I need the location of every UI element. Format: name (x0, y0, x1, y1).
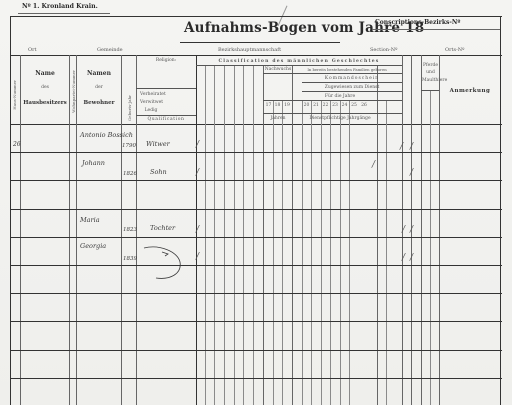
fuer-jahre-header: Für die Jahre (303, 94, 377, 99)
year-18: 18 (273, 103, 282, 108)
entry-geburts-jahr: 1790 (122, 143, 136, 149)
verheiratet-label: Verheiratet (140, 92, 162, 97)
year-22: 22 (321, 103, 330, 108)
year-25: 25 (349, 103, 359, 108)
col-line (20, 55, 21, 405)
year-26: 26 (359, 103, 369, 108)
row-divider (10, 321, 502, 322)
anmerkung-header: Anmerkung (440, 88, 500, 94)
table-header-bottom (10, 124, 502, 125)
check-mark: / (410, 168, 413, 178)
entry-haus-nr: 26 (13, 141, 21, 148)
header-rule (136, 88, 196, 89)
col-line (349, 100, 350, 405)
pferde-header-2: und (422, 70, 439, 75)
col-line (439, 55, 440, 405)
check-mark: / (402, 225, 405, 235)
check-mark: / (400, 142, 403, 152)
check-mark: / (410, 253, 413, 263)
col-line (340, 100, 341, 405)
year-23: 23 (330, 103, 340, 108)
jahren-label: Jahren (264, 116, 292, 121)
header-rule (263, 100, 402, 101)
entry-geburts-jahr: 1826 (123, 171, 137, 177)
entry-geburts-jahr: 1839 (123, 256, 137, 262)
census-form-page: Nº 1. Kronland Krain. Aufnahms-Bogen vom… (0, 0, 512, 405)
header-rule (302, 82, 402, 83)
check-mark: / (372, 160, 375, 170)
row-divider (10, 180, 502, 181)
district-rule (372, 29, 500, 30)
col-line (253, 65, 254, 405)
district-label: Conscriptions-Bezirks-Nº (375, 19, 460, 26)
col-line (311, 100, 312, 405)
flourish-mark (140, 244, 200, 284)
verwitwet-label: Verwitwet (140, 100, 162, 105)
gemeinde-label: Gemeinde (97, 47, 123, 53)
bezirk-label: Bezirkshauptmannschaft (218, 47, 281, 53)
haus-nummer-header: Haus-Nummer (12, 80, 17, 110)
row-divider (10, 378, 502, 379)
header-rule (263, 113, 402, 114)
orts-label: Orts-Nº (445, 47, 464, 53)
geburts-jahr-header: Geburts-Jahr (127, 95, 132, 121)
col-line (121, 55, 122, 405)
namen-header: Namen (77, 70, 121, 77)
row-divider (10, 152, 502, 153)
nachwuchs-desc: In bereits bestehenden Familien geboren (293, 67, 401, 72)
frame-left (10, 16, 11, 405)
ort-label: Ort (28, 47, 37, 53)
name-header: Name (22, 70, 68, 77)
header-rule (263, 73, 402, 74)
hausbesitzer-header: Hausbesitzers (22, 100, 68, 106)
bewohner-header: Bewohner (77, 100, 121, 106)
des-header: des (22, 85, 68, 90)
pferde-header-3: Maulthiere (422, 78, 439, 83)
check-mark: / (410, 142, 413, 152)
col-line (421, 55, 422, 405)
section-label: Section-Nº (370, 47, 397, 53)
entry-qualification: Witwer (146, 140, 170, 148)
title-underline (180, 42, 340, 43)
col-line (430, 90, 431, 405)
entry-qualification: Tochter (150, 224, 175, 232)
header-rule (136, 115, 196, 116)
col-line (224, 65, 225, 405)
row-divider (10, 293, 502, 294)
col-line (330, 100, 331, 405)
der-header: der (77, 85, 121, 90)
col-line (234, 65, 235, 405)
check-mark: / (402, 253, 405, 263)
classification-header: Classification des männlichen Geschlecht… (198, 59, 400, 64)
header-rule (302, 91, 402, 92)
check-mark: / (196, 168, 199, 178)
col-line (214, 65, 215, 405)
row-divider (10, 209, 502, 210)
qualification-header: Qualification (137, 117, 195, 122)
entry-geburts-jahr: 1823 (123, 227, 137, 233)
year-17: 17 (264, 103, 273, 108)
form-number-label: Nº 1. Kronland Krain. (22, 3, 98, 10)
entry-bewohner: Georgia (80, 242, 106, 250)
frame-top (10, 16, 502, 17)
table-top-border (10, 55, 502, 56)
year-20: 20 (302, 103, 311, 108)
row-divider (10, 350, 502, 351)
year-19: 19 (282, 103, 292, 108)
entry-bewohner: Maria (80, 216, 100, 224)
wohnpartei-header: Wohnpartei-Nummer (71, 70, 76, 113)
row-divider (10, 265, 502, 266)
ledig-label: Ledig (140, 108, 162, 113)
col-line (377, 65, 378, 405)
year-24: 24 (340, 103, 349, 108)
dienst-footer: Dienstpflichtige Jahrgänge (303, 116, 377, 121)
year-21: 21 (311, 103, 321, 108)
header-rule (421, 90, 439, 91)
zugewiesen-header: Zugewiesen zum Dienst (303, 85, 401, 90)
col-line (205, 65, 206, 405)
row-divider (10, 237, 502, 238)
religion-header: Religion: (137, 58, 195, 63)
header-rule (196, 65, 402, 66)
check-mark: / (196, 225, 199, 235)
header-rule (18, 13, 110, 14)
entry-bewohner: Johann (82, 159, 105, 167)
entry-bewohner: Antonio Bossich (80, 131, 133, 139)
col-line (386, 100, 387, 405)
col-line (321, 100, 322, 405)
entry-qualification: Sohn (150, 168, 167, 176)
check-mark: / (196, 140, 199, 150)
check-mark: / (196, 252, 199, 262)
col-line (69, 55, 70, 405)
col-line (243, 65, 244, 405)
col-line (273, 100, 274, 405)
pferde-header-1: Pferde (422, 62, 439, 69)
kommandoschein-header: Kommandoschein (303, 76, 401, 81)
col-line (282, 100, 283, 405)
col-line (292, 65, 293, 405)
frame-right (500, 16, 501, 405)
nachwuchs-header: Nachwuchs (264, 67, 292, 72)
check-mark: / (410, 225, 413, 235)
col-line (76, 55, 77, 405)
col-line (302, 100, 303, 405)
